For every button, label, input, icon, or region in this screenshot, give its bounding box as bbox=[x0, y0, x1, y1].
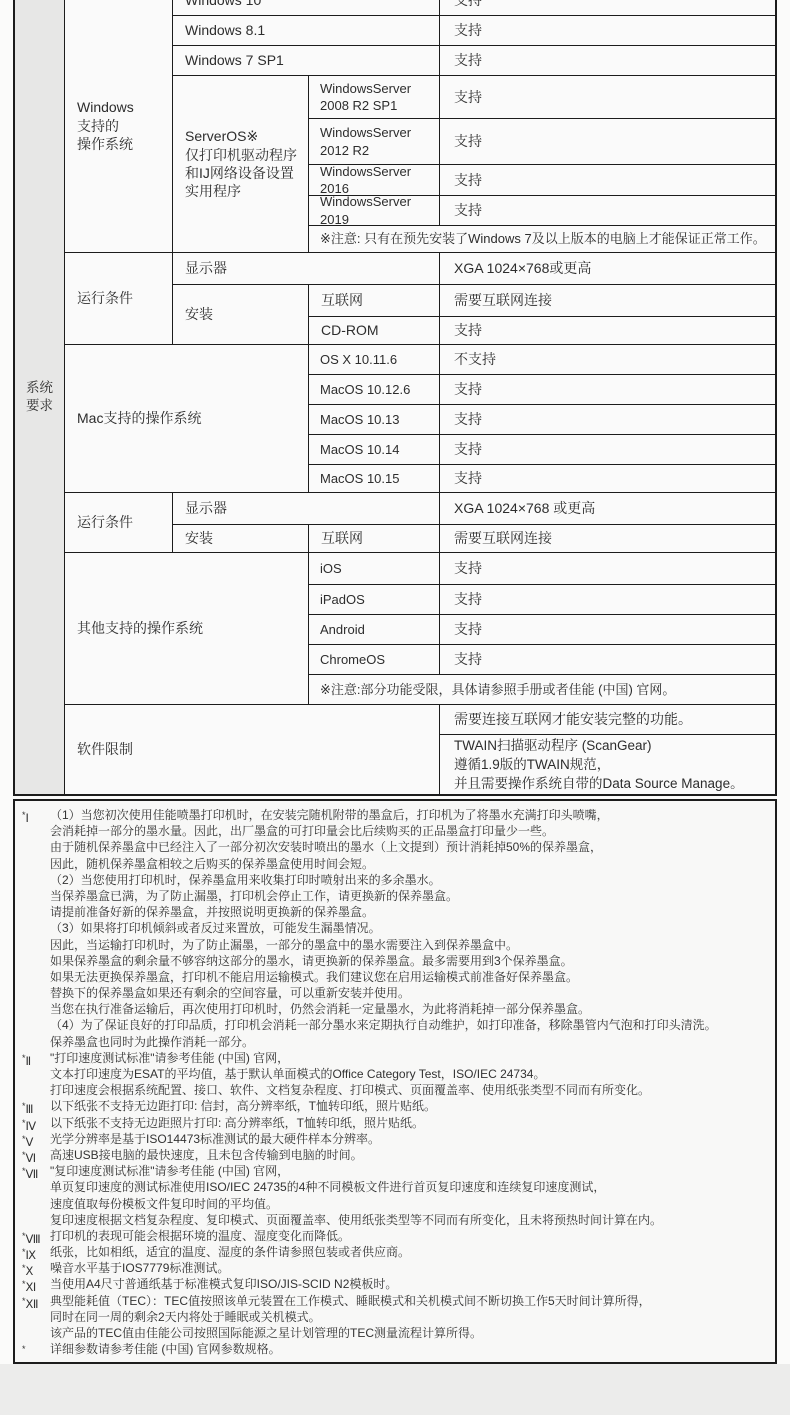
support-value: 支持 bbox=[454, 440, 482, 458]
row-internet-2: 互联网 bbox=[309, 525, 439, 552]
footnote-marker bbox=[22, 1017, 50, 1033]
row-chromeos-value: 支持 bbox=[440, 645, 775, 674]
footnote-text: "复印速度测试标准"请参考佳能 (中国) 官网， bbox=[50, 1163, 289, 1179]
footnote-line: *Ⅸ纸张，比如相纸，适宜的温度、湿度的条件请参照包装或者供应商。 bbox=[22, 1244, 771, 1260]
footnote-line: *Ⅹ噪音水平基于IOS7779标准测试。 bbox=[22, 1260, 771, 1276]
footnote-text: 速度值取每份模板文件复印时间的平均值。 bbox=[50, 1196, 278, 1212]
row-internet-1: 互联网 bbox=[309, 285, 439, 316]
row-windows-server-2012: WindowsServer 2012 R2 bbox=[309, 119, 439, 164]
footnote-line: *Ⅰ（1）当您初次使用佳能喷墨打印机时，在安装完随机附带的墨盒后，打印机为了将墨… bbox=[22, 807, 771, 823]
footnote-marker bbox=[22, 920, 50, 936]
footnote-line: *Ⅷ打印机的表现可能会根据环境的温度、湿度变化而降低。 bbox=[22, 1228, 771, 1244]
footnote-line: 如果无法更换保养墨盒，打印机不能启用运输模式。我们建议您在启用运输模式前准备好保… bbox=[22, 969, 771, 985]
run-condition-2-label-cell: 运行条件 bbox=[65, 493, 172, 552]
footnote-marker: *Ⅳ bbox=[22, 1115, 50, 1131]
row-macos-10-14-value: 支持 bbox=[440, 435, 775, 464]
footnote-marker bbox=[22, 985, 50, 1001]
row-windows-server-2016: WindowsServer 2016 bbox=[309, 165, 439, 195]
row-display-1-value: XGA 1024×768或更高 bbox=[440, 253, 775, 284]
footnote-line: 会消耗掉一部分的墨水量。因此，出厂墨盒的可打印量会比后续购买的正品墨盒打印量少一… bbox=[22, 823, 771, 839]
mac-group-label-cell: Mac支持的操作系统 bbox=[65, 345, 308, 492]
footnote-line: *Ⅳ以下纸张不支持无边距照片打印: 高分辨率纸，T恤转印纸，照片贴纸。 bbox=[22, 1115, 771, 1131]
os-name: iOS bbox=[320, 560, 342, 577]
footnote-text: 噪音水平基于IOS7779标准测试。 bbox=[50, 1260, 229, 1276]
os-name: WindowsServer 2019 bbox=[320, 196, 431, 225]
footnote-marker bbox=[22, 1309, 50, 1325]
footnote-line: （2）当您使用打印机时，保养墨盒用来收集打印时喷射出来的多余墨水。 bbox=[22, 872, 771, 888]
software-limit-value: TWAIN扫描驱动程序 (ScanGear) 遵循1.9版的TWAIN规范， 并… bbox=[454, 736, 744, 793]
run-condition-label: 运行条件 bbox=[77, 289, 133, 307]
footnote-text: 以下纸张不支持无边距照片打印: 高分辨率纸，T恤转印纸，照片贴纸。 bbox=[50, 1115, 424, 1131]
os-name: OS X 10.11.6 bbox=[320, 351, 397, 368]
support-value: 支持 bbox=[454, 132, 482, 150]
row-windows-server-2012-value: 支持 bbox=[440, 119, 775, 164]
footnote-text: 当使用A4尺寸普通纸基于标准模式复印ISO/JIS-SCID N2模板时。 bbox=[50, 1276, 397, 1292]
software-limit-row-1: 需要连接互联网才能安装完整的功能。 bbox=[440, 705, 775, 734]
footnote-text: 典型能耗值（TEC）：TEC值按照该单元装置在工作模式、睡眠模式和关机模式间不断… bbox=[50, 1293, 651, 1309]
support-value: 支持 bbox=[454, 88, 482, 106]
item-name: 显示器 bbox=[185, 499, 227, 517]
support-value: 支持 bbox=[454, 171, 482, 189]
support-value: 支持 bbox=[454, 21, 482, 39]
item-value: 需要互联网连接 bbox=[454, 529, 552, 547]
os-name: Windows 10 bbox=[185, 0, 261, 9]
footnote-marker bbox=[22, 1325, 50, 1341]
footnote-marker bbox=[22, 953, 50, 969]
footnote-marker bbox=[22, 1212, 50, 1228]
row-macos-10-15: MacOS 10.15 bbox=[309, 465, 439, 492]
footnote-text: 纸张，比如相纸，适宜的温度、湿度的条件请参照包装或者供应商。 bbox=[50, 1244, 410, 1260]
section-label: 系统 要求 bbox=[26, 379, 53, 415]
footnote-text: 该产品的TEC值由佳能公司按照国际能源之星计划管理的TEC测量流程计算所得。 bbox=[50, 1325, 482, 1341]
row-osx-10-11-6-value: 不支持 bbox=[440, 345, 775, 374]
footnote-text: （1）当您初次使用佳能喷墨打印机时，在安装完随机附带的墨盒后，打印机为了将墨水充… bbox=[50, 807, 609, 823]
row-windows-7-sp1: Windows 7 SP1 bbox=[173, 46, 439, 75]
support-value: 支持 bbox=[454, 620, 482, 638]
windows-group-label-cell: Windows 支持的 操作系统 bbox=[65, 0, 172, 252]
row-windows-8-1: Windows 8.1 bbox=[173, 16, 439, 45]
footnote-marker bbox=[22, 1082, 50, 1098]
footnote-line: 复印速度根据文档复杂程度、复印模式、页面覆盖率、使用纸张类型等不同而有所变化，且… bbox=[22, 1212, 771, 1228]
footnote-text: 打印机的表现可能会根据环境的温度、湿度变化而降低。 bbox=[50, 1228, 350, 1244]
footnote-text: 如果保养墨盒的剩余量不够容纳这部分的墨水，请更换新的保养墨盒。最多需要用到3个保… bbox=[50, 953, 573, 969]
footnote-text: 复印速度根据文档复杂程度、复印模式、页面覆盖率、使用纸张类型等不同而有所变化，且… bbox=[50, 1212, 662, 1228]
os-name: WindowsServer 2008 R2 SP1 bbox=[320, 80, 411, 114]
row-windows-server-2016-value: 支持 bbox=[440, 165, 775, 195]
footnote-marker bbox=[22, 1034, 50, 1050]
footnote-line: （4）为了保证良好的打印品质，打印机会消耗一部分墨水来定期执行自动维护，如打印准… bbox=[22, 1017, 771, 1033]
row-windows-10: Windows 10 bbox=[173, 0, 439, 15]
spec-sheet: 系统 要求 Windows 支持的 操作系统 Windows 10 支持 Win… bbox=[13, 0, 777, 1364]
item-value: XGA 1024×768或更高 bbox=[454, 259, 591, 277]
footnote-text: （3）如果将打印机倾斜或者反过来置放，可能发生漏墨情况。 bbox=[50, 920, 381, 936]
row-cdrom: CD-ROM bbox=[309, 317, 439, 344]
server-os-label-cell: ServerOS※ 仅打印机驱动程序 和IJ网络设备设置 实用程序 bbox=[173, 76, 308, 252]
item-value: 需要互联网连接 bbox=[454, 291, 552, 309]
footnote-text: 当保养墨盒已满，为了防止漏墨，打印机会停止工作，请更换新的保养墨盒。 bbox=[50, 888, 458, 904]
footnote-text: 当您在执行准备运输后，再次使用打印机时，仍然会消耗一定量墨水，为此将消耗掉一部分… bbox=[50, 1001, 590, 1017]
footnote-line: 由于随机保养墨盒中已经注入了一部分初次安装时喷出的墨水（上文提到）预计消耗掉50… bbox=[22, 839, 771, 855]
os-name: Windows 8.1 bbox=[185, 21, 265, 39]
footnote-text: （4）为了保证良好的打印品质，打印机会消耗一部分墨水来定期执行自动维护，如打印准… bbox=[50, 1017, 717, 1033]
other-note-cell: ※注意:部分功能受限，具体请参照手册或者佳能 (中国) 官网。 bbox=[309, 675, 775, 704]
footnote-marker bbox=[22, 969, 50, 985]
footnote-marker: *Ⅻ bbox=[22, 1293, 50, 1309]
support-value: 支持 bbox=[454, 590, 482, 608]
support-value: 支持 bbox=[454, 559, 482, 577]
footnote-line: 因此，随机保养墨盒相较之后购买的保养墨盒使用时间会短。 bbox=[22, 856, 771, 872]
footnote-marker bbox=[22, 1196, 50, 1212]
os-name: MacOS 10.14 bbox=[320, 441, 400, 458]
footnote-line: 当保养墨盒已满，为了防止漏墨，打印机会停止工作，请更换新的保养墨盒。 bbox=[22, 888, 771, 904]
footnote-marker: *Ⅵ bbox=[22, 1147, 50, 1163]
footnote-text: 因此，当运输打印机时，为了防止漏墨，一部分的墨盒中的墨水需要注入到保养墨盒中。 bbox=[50, 937, 518, 953]
row-windows-10-value: 支持 bbox=[440, 0, 775, 15]
install-1-label-cell: 安装 bbox=[173, 285, 308, 344]
windows-group-label: Windows 支持的 操作系统 bbox=[77, 98, 134, 153]
footnote-line: *Ⅴ光学分辨率是基于ISO14473标准测试的最大硬件样本分辨率。 bbox=[22, 1131, 771, 1147]
row-ios-value: 支持 bbox=[440, 553, 775, 584]
footnote-text: 因此，随机保养墨盒相较之后购买的保养墨盒使用时间会短。 bbox=[50, 856, 374, 872]
support-value: 支持 bbox=[454, 380, 482, 398]
row-display-2: 显示器 bbox=[173, 493, 439, 524]
install-label: 安装 bbox=[185, 529, 213, 547]
footnote-line: 该产品的TEC值由佳能公司按照国际能源之星计划管理的TEC测量流程计算所得。 bbox=[22, 1325, 771, 1341]
footnote-marker bbox=[22, 856, 50, 872]
footnote-marker: *Ⅷ bbox=[22, 1228, 50, 1244]
other-group-label: 其他支持的操作系统 bbox=[77, 619, 203, 637]
footnote-marker: *Ⅹ bbox=[22, 1260, 50, 1276]
row-macos-10-12-6-value: 支持 bbox=[440, 375, 775, 404]
row-internet-2-value: 需要互联网连接 bbox=[440, 525, 775, 552]
footnote-line: *Ⅵ高速USB接电脑的最快速度，且未包含传输到电脑的时间。 bbox=[22, 1147, 771, 1163]
footnote-line: 替换下的保养墨盒如果还有剩余的空间容量，可以重新安装并使用。 bbox=[22, 985, 771, 1001]
footnote-text: 文本打印速度为ESAT的平均值，基于默认单面模式的Office Category… bbox=[50, 1066, 545, 1082]
footnote-marker bbox=[22, 904, 50, 920]
footnote-text: 替换下的保养墨盒如果还有剩余的空间容量，可以重新安装并使用。 bbox=[50, 985, 410, 1001]
footnote-marker: *Ⅰ bbox=[22, 807, 50, 823]
footnote-text: "打印速度测试标准"请参考佳能 (中国) 官网， bbox=[50, 1050, 289, 1066]
software-limit-row-2: TWAIN扫描驱动程序 (ScanGear) 遵循1.9版的TWAIN规范， 并… bbox=[440, 735, 775, 794]
footnote-line: *详细参数请参考佳能 (中国) 官网参数规格。 bbox=[22, 1341, 771, 1357]
footnote-line: 同时在同一周的剩余2天内将处于睡眠或关机模式。 bbox=[22, 1309, 771, 1325]
row-cdrom-value: 支持 bbox=[440, 317, 775, 344]
windows-note-cell: ※注意: 只有在预先安装了Windows 7及以上版本的电脑上才能保证正常工作。 bbox=[309, 226, 775, 252]
os-name: MacOS 10.12.6 bbox=[320, 381, 410, 398]
software-limit-label-cell: 软件限制 bbox=[65, 705, 439, 794]
footnotes-box: *Ⅰ（1）当您初次使用佳能喷墨打印机时，在安装完随机附带的墨盒后，打印机为了将墨… bbox=[13, 799, 777, 1364]
section-label-cell: 系统 要求 bbox=[15, 0, 64, 794]
support-value: 支持 bbox=[454, 650, 482, 668]
footnote-line: （3）如果将打印机倾斜或者反过来置放，可能发生漏墨情况。 bbox=[22, 920, 771, 936]
footnote-marker bbox=[22, 888, 50, 904]
footnote-text: 单页复印速度的测试标准使用ISO/IEC 24735的4种不同模板文件进行首页复… bbox=[50, 1179, 605, 1195]
footnote-marker bbox=[22, 839, 50, 855]
footnote-text: 详细参数请参考佳能 (中国) 官网参数规格。 bbox=[50, 1341, 281, 1357]
row-osx-10-11-6: OS X 10.11.6 bbox=[309, 345, 439, 374]
support-value: 支持 bbox=[454, 201, 482, 219]
row-windows-server-2008: WindowsServer 2008 R2 SP1 bbox=[309, 76, 439, 118]
footnote-line: 速度值取每份模板文件复印时间的平均值。 bbox=[22, 1196, 771, 1212]
other-group-label-cell: 其他支持的操作系统 bbox=[65, 553, 308, 704]
software-limit-value: 需要连接互联网才能安装完整的功能。 bbox=[454, 710, 692, 728]
footnote-text: 以下纸张不支持无边距打印: 信封，高分辨率纸，T恤转印纸，照片贴纸。 bbox=[50, 1098, 436, 1114]
software-limit-label: 软件限制 bbox=[77, 740, 133, 758]
footnote-text: 如果无法更换保养墨盒，打印机不能启用运输模式。我们建议您在启用运输模式前准备好保… bbox=[50, 969, 578, 985]
row-windows-server-2008-value: 支持 bbox=[440, 76, 775, 118]
row-windows-8-1-value: 支持 bbox=[440, 16, 775, 45]
os-name: ChromeOS bbox=[320, 651, 385, 668]
support-value: 支持 bbox=[454, 51, 482, 69]
item-value: XGA 1024×768 或更高 bbox=[454, 499, 595, 517]
os-name: Android bbox=[320, 621, 365, 638]
footnote-marker: *Ⅺ bbox=[22, 1276, 50, 1292]
item-name: 显示器 bbox=[185, 259, 227, 277]
row-internet-1-value: 需要互联网连接 bbox=[440, 285, 775, 316]
item-value: 支持 bbox=[454, 321, 482, 339]
row-ios: iOS bbox=[309, 553, 439, 584]
footnote-marker: * bbox=[22, 1341, 50, 1357]
os-name: MacOS 10.15 bbox=[320, 470, 400, 487]
footnote-marker bbox=[22, 1179, 50, 1195]
footnote-marker: *Ⅱ bbox=[22, 1050, 50, 1066]
row-macos-10-14: MacOS 10.14 bbox=[309, 435, 439, 464]
os-name: Windows 7 SP1 bbox=[185, 51, 284, 69]
footnote-marker: *Ⅴ bbox=[22, 1131, 50, 1147]
footnote-marker bbox=[22, 823, 50, 839]
footnote-text: （2）当您使用打印机时，保养墨盒用来收集打印时喷射出来的多余墨水。 bbox=[50, 872, 441, 888]
windows-note: ※注意: 只有在预先安装了Windows 7及以上版本的电脑上才能保证正常工作。 bbox=[320, 230, 766, 247]
support-value: 不支持 bbox=[454, 350, 496, 368]
footnote-text: 请提前准备好新的保养墨盒，并按照说明更换新的保养墨盒。 bbox=[50, 904, 374, 920]
footnote-line: 保养墨盒也同时为此操作消耗一部分。 bbox=[22, 1034, 771, 1050]
row-display-1: 显示器 bbox=[173, 253, 439, 284]
footnote-marker: *Ⅸ bbox=[22, 1244, 50, 1260]
row-macos-10-13: MacOS 10.13 bbox=[309, 405, 439, 434]
row-android-value: 支持 bbox=[440, 615, 775, 644]
support-value: 支持 bbox=[454, 469, 482, 487]
footnote-line: 单页复印速度的测试标准使用ISO/IEC 24735的4种不同模板文件进行首页复… bbox=[22, 1179, 771, 1195]
footnote-line: *Ⅺ当使用A4尺寸普通纸基于标准模式复印ISO/JIS-SCID N2模板时。 bbox=[22, 1276, 771, 1292]
footnote-line: *Ⅲ以下纸张不支持无边距打印: 信封，高分辨率纸，T恤转印纸，照片贴纸。 bbox=[22, 1098, 771, 1114]
os-name: iPadOS bbox=[320, 591, 365, 608]
footnote-line: *Ⅱ"打印速度测试标准"请参考佳能 (中国) 官网， bbox=[22, 1050, 771, 1066]
footnote-marker: *Ⅲ bbox=[22, 1098, 50, 1114]
footnote-marker: *Ⅶ bbox=[22, 1163, 50, 1179]
run-condition-label: 运行条件 bbox=[77, 513, 133, 531]
footnote-text: 高速USB接电脑的最快速度，且未包含传输到电脑的时间。 bbox=[50, 1147, 363, 1163]
run-condition-1-label-cell: 运行条件 bbox=[65, 253, 172, 344]
os-name: WindowsServer 2016 bbox=[320, 165, 431, 195]
os-name: WindowsServer 2012 R2 bbox=[320, 124, 411, 158]
row-windows-server-2019: WindowsServer 2019 bbox=[309, 196, 439, 225]
row-chromeos: ChromeOS bbox=[309, 645, 439, 674]
footnote-marker bbox=[22, 872, 50, 888]
other-note: ※注意:部分功能受限，具体请参照手册或者佳能 (中国) 官网。 bbox=[320, 681, 675, 698]
footnote-text: 保养墨盒也同时为此操作消耗一部分。 bbox=[50, 1034, 254, 1050]
os-name: MacOS 10.13 bbox=[320, 411, 400, 428]
install-2-label-cell: 安装 bbox=[173, 525, 308, 552]
footnote-marker bbox=[22, 1066, 50, 1082]
footnote-line: 如果保养墨盒的剩余量不够容纳这部分的墨水，请更换新的保养墨盒。最多需要用到3个保… bbox=[22, 953, 771, 969]
footnote-marker bbox=[22, 937, 50, 953]
item-name: 互联网 bbox=[321, 529, 363, 547]
footnote-line: 打印速度会根据系统配置、接口、软件、文档复杂程度、打印模式、页面覆盖率、使用纸张… bbox=[22, 1082, 771, 1098]
item-name: 互联网 bbox=[321, 291, 363, 309]
row-macos-10-15-value: 支持 bbox=[440, 465, 775, 492]
footnote-text: 由于随机保养墨盒中已经注入了一部分初次安装时喷出的墨水（上文提到）预计消耗掉50… bbox=[50, 839, 602, 855]
mac-group-label: Mac支持的操作系统 bbox=[77, 409, 201, 427]
row-windows-server-2019-value: 支持 bbox=[440, 196, 775, 225]
row-macos-10-12-6: MacOS 10.12.6 bbox=[309, 375, 439, 404]
row-ipados: iPadOS bbox=[309, 585, 439, 614]
footnote-marker bbox=[22, 1001, 50, 1017]
system-requirements-table: 系统 要求 Windows 支持的 操作系统 Windows 10 支持 Win… bbox=[13, 0, 777, 796]
footnote-text: 同时在同一周的剩余2天内将处于睡眠或关机模式。 bbox=[50, 1309, 321, 1325]
footnote-line: 文本打印速度为ESAT的平均值，基于默认单面模式的Office Category… bbox=[22, 1066, 771, 1082]
install-label: 安装 bbox=[185, 305, 213, 323]
row-android: Android bbox=[309, 615, 439, 644]
footnote-text: 打印速度会根据系统配置、接口、软件、文档复杂程度、打印模式、页面覆盖率、使用纸张… bbox=[50, 1082, 650, 1098]
row-windows-7-sp1-value: 支持 bbox=[440, 46, 775, 75]
footnote-line: *Ⅻ典型能耗值（TEC）：TEC值按照该单元装置在工作模式、睡眠模式和关机模式间… bbox=[22, 1293, 771, 1309]
server-os-label: ServerOS※ 仅打印机驱动程序 和IJ网络设备设置 实用程序 bbox=[185, 127, 297, 201]
footnote-text: 光学分辨率是基于ISO14473标准测试的最大硬件样本分辨率。 bbox=[50, 1131, 380, 1147]
footnote-text: 会消耗掉一部分的墨水量。因此，出厂墨盒的可打印量会比后续购买的正品墨盒打印量少一… bbox=[50, 823, 554, 839]
support-value: 支持 bbox=[454, 410, 482, 428]
row-ipados-value: 支持 bbox=[440, 585, 775, 614]
support-value: 支持 bbox=[454, 0, 482, 9]
footnote-line: 当您在执行准备运输后，再次使用打印机时，仍然会消耗一定量墨水，为此将消耗掉一部分… bbox=[22, 1001, 771, 1017]
item-name: CD-ROM bbox=[321, 321, 379, 339]
footnote-line: *Ⅶ"复印速度测试标准"请参考佳能 (中国) 官网， bbox=[22, 1163, 771, 1179]
footnote-line: 因此，当运输打印机时，为了防止漏墨，一部分的墨盒中的墨水需要注入到保养墨盒中。 bbox=[22, 937, 771, 953]
row-macos-10-13-value: 支持 bbox=[440, 405, 775, 434]
row-display-2-value: XGA 1024×768 或更高 bbox=[440, 493, 775, 524]
footnote-line: 请提前准备好新的保养墨盒，并按照说明更换新的保养墨盒。 bbox=[22, 904, 771, 920]
